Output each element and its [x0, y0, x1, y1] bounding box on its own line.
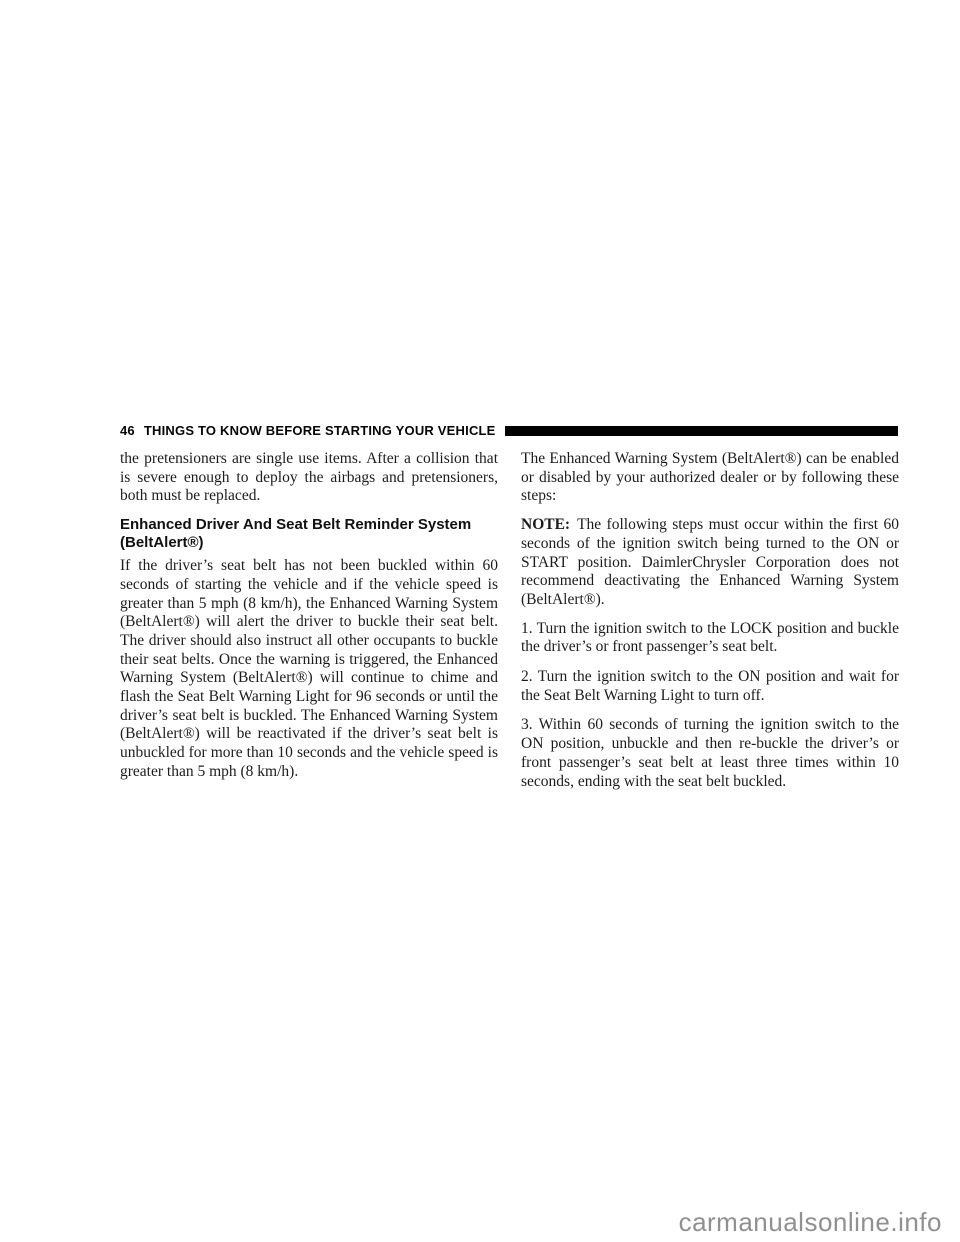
paragraph-enable-disable: The Enhanced Warning System (BeltAlert®)…	[521, 450, 899, 506]
right-column: The Enhanced Warning System (BeltAlert®)…	[521, 450, 899, 791]
header-bar	[505, 426, 898, 436]
note-text: The following steps must occur within th…	[521, 516, 899, 608]
page-header: 46 THINGS TO KNOW BEFORE STARTING YOUR V…	[120, 422, 898, 439]
step-1: 1. Turn the ignition switch to the LOCK …	[521, 620, 899, 657]
paragraph-beltalert-description: If the driver’s seat belt has not been b…	[120, 557, 498, 781]
note-label: NOTE:	[521, 516, 570, 533]
page-body: the pretensioners are single use items. …	[120, 450, 899, 791]
manual-page: 46 THINGS TO KNOW BEFORE STARTING YOUR V…	[0, 0, 960, 1242]
step-3: 3. Within 60 seconds of turning the igni…	[521, 716, 899, 791]
step-2: 2. Turn the ignition switch to the ON po…	[521, 668, 899, 705]
page-number: 46	[120, 423, 135, 438]
note-paragraph: NOTE:The following steps must occur with…	[521, 516, 899, 610]
left-column: the pretensioners are single use items. …	[120, 450, 498, 791]
watermark: carmanualsonline.info	[679, 1209, 942, 1235]
page-title: THINGS TO KNOW BEFORE STARTING YOUR VEHI…	[144, 423, 496, 438]
paragraph-pretensioners: the pretensioners are single use items. …	[120, 450, 498, 506]
section-heading-beltalert: Enhanced Driver And Seat Belt Reminder S…	[120, 516, 498, 552]
